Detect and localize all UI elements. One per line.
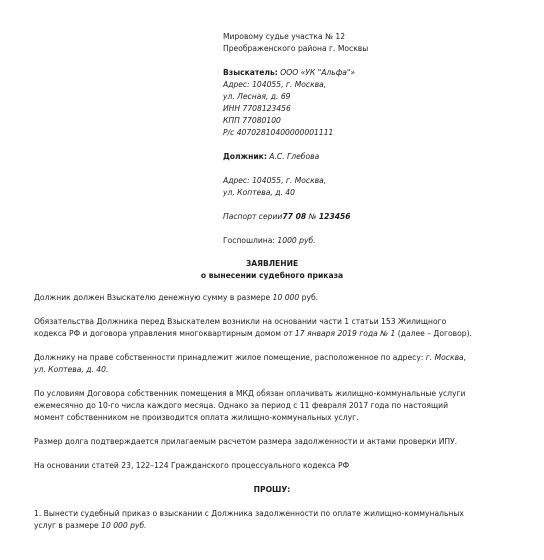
p2-line-2: кодекса РФ и договора управления многокв…: [34, 328, 524, 340]
document-page: Мировому судье участка № 12 Преображенск…: [0, 0, 544, 560]
item1-line-2: услуг в размере 10 000 руб.: [34, 520, 524, 532]
p1-text: Должник должен Взыскателю денежную сумму…: [34, 293, 273, 302]
document-header: Мировому судье участка № 12 Преображенск…: [223, 31, 523, 247]
item1-line-2-start: услуг в размере: [34, 521, 101, 530]
request-item-1: 1. Вынести судебный приказ о взыскании с…: [34, 508, 524, 532]
p2-line-2-start: кодекса РФ и договора управления многокв…: [34, 329, 283, 338]
request-heading: ПРОШУ:: [34, 484, 510, 496]
paragraph-debt-confirmation: Размер долга подтверждается прилагаемым …: [34, 436, 524, 448]
claimant-inn: ИНН 7708123456: [223, 103, 523, 115]
item1-line-1: 1. Вынести судебный приказ о взыскании с…: [34, 508, 524, 520]
paragraph-legal-basis: На основании статей 23, 122–124 Гражданс…: [34, 460, 524, 472]
p2-contract-ref: от 17 января 2019 года № 1: [283, 329, 395, 338]
claimant-label: Взыскатель:: [223, 68, 278, 77]
p3-address-city: г. Москва,: [426, 353, 466, 362]
fee-value: 1000 руб.: [277, 236, 315, 245]
fee-line: Госпошлина: 1000 руб.: [223, 235, 523, 247]
item1-amount: 10 000 руб.: [101, 521, 146, 530]
document-title: ЗАЯВЛЕНИЕ о вынесении судебного приказа: [0, 258, 544, 282]
debtor-address-line-1: Адрес: 104055, г. Москва,: [223, 175, 523, 187]
p4-line-1: По условиям Договора собственник помещен…: [34, 388, 524, 400]
title-main: ЗАЯВЛЕНИЕ: [0, 258, 544, 270]
paragraph-ownership: Должнику на праве собственности принадле…: [34, 352, 524, 376]
paragraph-obligations: Обязательства Должника перед Взыскателем…: [34, 316, 524, 340]
p2-line-2-end: (далее – Договор).: [395, 329, 472, 338]
claimant-line: Взыскатель: ООО «УК "Альфа"»: [223, 67, 523, 79]
paragraph-contract-terms: По условиям Договора собственник помещен…: [34, 388, 524, 424]
document-body: Должник должен Взыскателю денежную сумму…: [34, 292, 524, 544]
p1-suffix: руб.: [299, 293, 318, 302]
claimant-kpp: КПП 77080100: [223, 115, 523, 127]
p3-address-street: ул. Коптева, д. 40.: [34, 364, 524, 376]
passport-prefix: Паспорт серии: [223, 212, 282, 221]
debtor-address-line-2: ул. Коптева, д. 40: [223, 187, 523, 199]
fee-label: Госпошлина:: [223, 236, 275, 245]
debtor-name: А.С. Глебова: [269, 152, 319, 161]
claimant-address-line-1: Адрес: 104055, г. Москва,: [223, 79, 523, 91]
claimant-name: ООО «УК "Альфа"»: [280, 68, 355, 77]
debtor-passport: Паспорт серии77 08 № 123456: [223, 211, 523, 223]
p3-line-1-start: Должнику на праве собственности принадле…: [34, 353, 426, 362]
p3-line-1: Должнику на праве собственности принадле…: [34, 352, 524, 364]
p4-line-3: момент собственником не производится опл…: [34, 412, 524, 424]
debtor-line: Должник: А.С. Глебова: [223, 151, 523, 163]
passport-series: 77 08: [282, 212, 306, 221]
paragraph-debt-amount: Должник должен Взыскателю денежную сумму…: [34, 292, 524, 304]
p2-line-1: Обязательства Должника перед Взыскателем…: [34, 316, 524, 328]
addressee-line-2: Преображенского района г. Москвы: [223, 43, 523, 55]
p1-amount: 10 000: [273, 293, 300, 302]
p4-line-2: ежемесячно до 10-го числа каждого месяца…: [34, 400, 524, 412]
addressee-line-1: Мировому судье участка № 12: [223, 31, 523, 43]
passport-number: 123456: [319, 212, 351, 221]
claimant-address-line-2: ул. Лесная, д. 69: [223, 91, 523, 103]
debtor-label: Должник:: [223, 152, 267, 161]
claimant-account: Р/с 40702810400000001111: [223, 127, 523, 139]
title-subtitle: о вынесении судебного приказа: [0, 270, 544, 282]
passport-number-sign: №: [309, 212, 317, 221]
